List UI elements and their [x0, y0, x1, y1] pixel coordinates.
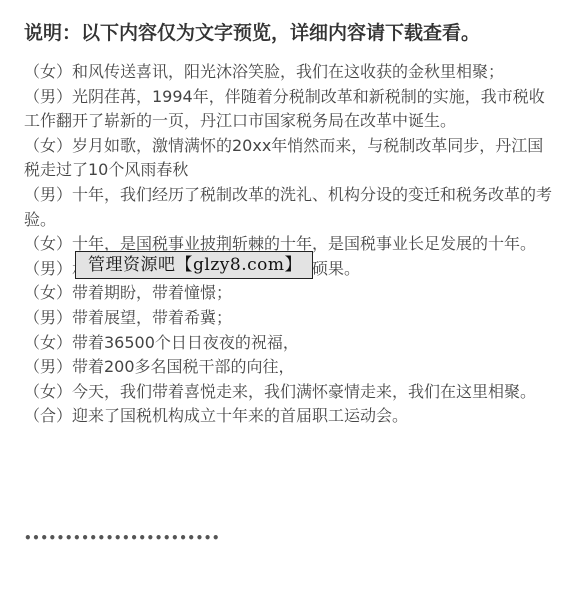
paragraph: （男）带着展望，带着希冀； — [24, 306, 554, 331]
paragraph: （男）十年，我们经历了税制改革的洗礼、机构分设的变迁和税务改革的考验。 — [24, 183, 554, 232]
continuation-ellipsis: •••••••••••••••••••••••• — [24, 532, 220, 544]
preview-notice-title: 说明：以下内容仅为文字预览，详细内容请下载查看。 — [24, 18, 480, 45]
paragraph: （男）光阴荏苒，1994年，伴随着分税制改革和新税制的实施，我市税收工作翻开了崭… — [24, 85, 554, 134]
paragraph: （女）带着36500个日日夜夜的祝福， — [24, 331, 554, 356]
paragraph: （女）岁月如歌，激情满怀的20xx年悄然而来，与税制改革同步，丹江国税走过了10… — [24, 134, 554, 183]
paragraph: （男）带着200多名国税干部的向往， — [24, 355, 554, 380]
document-body: （女）和风传送喜讯，阳光沐浴笑脸，我们在这收获的金秋里相聚； （男）光阴荏苒，1… — [24, 60, 554, 429]
watermark-banner: 管理资源吧【glzy8.com】 — [75, 251, 313, 279]
paragraph: （合）迎来了国税机构成立十年来的首届职工运动会。 — [24, 404, 554, 429]
paragraph: （女）带着期盼，带着憧憬； — [24, 281, 554, 306]
paragraph: （女）今天，我们带着喜悦走来，我们满怀豪情走来，我们在这里相聚。 — [24, 380, 554, 405]
paragraph: （女）和风传送喜讯，阳光沐浴笑脸，我们在这收获的金秋里相聚； — [24, 60, 554, 85]
